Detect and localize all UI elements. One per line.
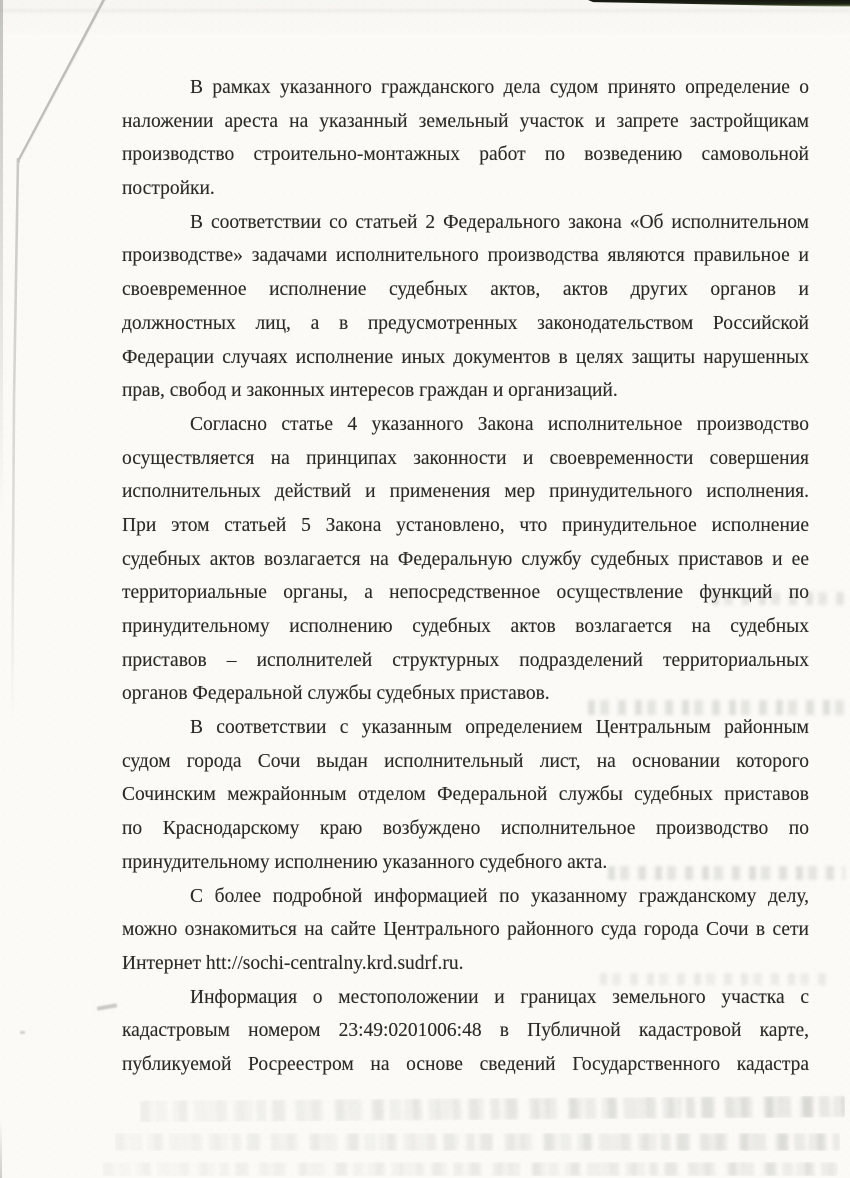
scanner-edge-shadow-bottom <box>0 1120 2 1178</box>
text-line: по Краснодарскому краю возбуждено исполн… <box>122 812 809 846</box>
text-line: Согласно статье 4 указанного Закона испо… <box>122 408 809 442</box>
scan-speck-artifact <box>20 1031 25 1034</box>
text-line: В рамках указанного гражданского дела су… <box>122 71 809 105</box>
text-line: принудительному исполнению судебных акто… <box>122 610 809 644</box>
toner-band-artifact <box>588 0 850 7</box>
bleed-through-text <box>115 1133 840 1151</box>
text-line: органов Федеральной службы судебных прис… <box>122 677 809 711</box>
bleed-through-text <box>103 1162 838 1176</box>
text-line: кадастровым номером 23:49:0201006:48 в П… <box>122 1014 809 1048</box>
bleed-through-text <box>140 1096 845 1123</box>
text-line: производстве» задачами исполнительного п… <box>122 239 809 273</box>
text-line: можно ознакомиться на сайте Центрального… <box>122 913 809 947</box>
text-line: своевременное исполнение судебных актов,… <box>122 273 809 307</box>
text-line: Сочинским межрайонным отделом Федерально… <box>122 778 809 812</box>
text-line: При этом статьей 5 Закона установлено, ч… <box>122 509 809 543</box>
scanner-edge-shadow <box>0 0 3 520</box>
text-line: принудительному исполнению указанного су… <box>122 846 809 880</box>
text-line: Информация о местоположении и границах з… <box>122 981 809 1015</box>
text-line: Федерации случаях исполнение иных докуме… <box>122 341 809 375</box>
scan-speck-artifact <box>97 1003 117 1010</box>
text-line: С более подробной информацией по указанн… <box>122 880 809 914</box>
text-line: приставов – исполнителей структурных под… <box>122 644 809 678</box>
text-line: исполнительных действий и применения мер… <box>122 475 809 509</box>
scanned-page: В рамках указанного гражданского дела су… <box>0 0 850 1178</box>
text-line: должностных лиц, а в предусмотренных зак… <box>122 307 809 341</box>
text-line: В соответствии с указанным определением … <box>122 711 809 745</box>
text-line: судебных актов возлагается на Федеральну… <box>122 543 809 577</box>
text-line: В соответствии со статьей 2 Федерального… <box>122 206 809 240</box>
text-line: Интернет htt://sochi-centralny.krd.sudrf… <box>122 947 809 981</box>
text-line: территориальные органы, а непосредственн… <box>122 576 809 610</box>
text-line: производство строительно-монтажных работ… <box>122 138 809 172</box>
text-line: судом города Сочи выдан исполнительный л… <box>122 745 809 779</box>
text-line: прав, свобод и законных интересов гражда… <box>122 374 809 408</box>
text-line: постройки. <box>122 172 809 206</box>
scan-streak-artifact <box>0 9 850 12</box>
text-line: публикуемой Росреестром на основе сведен… <box>122 1048 809 1082</box>
text-line: наложении ареста на указанный земельный … <box>122 105 809 139</box>
document-body: В рамках указанного гражданского дела су… <box>122 71 809 1082</box>
text-line: осуществляется на принципах законности и… <box>122 442 809 476</box>
